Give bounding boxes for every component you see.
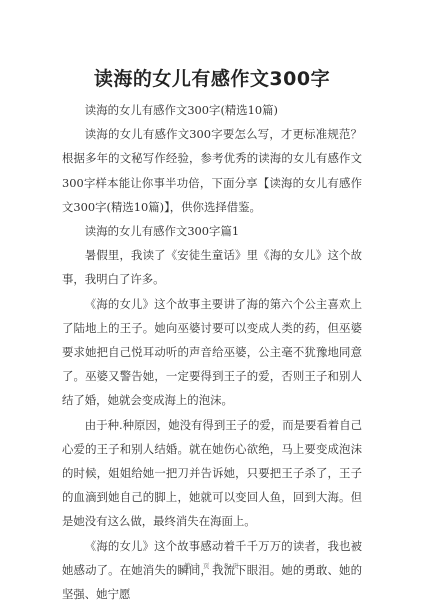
body-paragraph: 暑假里，我读了《安徒生童话》里《海的女儿》这个故事，我明白了许多。: [62, 243, 362, 291]
section-heading: 读海的女儿有感作文300字篇1: [62, 219, 362, 243]
body-paragraph: 《海的女儿》这个故事主要讲了海的第六个公主喜欢上了陆地上的王子。她向巫婆讨要可以…: [62, 292, 362, 413]
document-page: 读海的女儿有感作文300字 读海的女儿有感作文300字(精选10篇) 读海的女儿…: [0, 0, 424, 600]
body-paragraph: 由于种.种原因，她没有得到王子的爱，而是要看着自己心爱的王子和别人结婚。就在她伤…: [62, 413, 362, 534]
page-number-footer: 第 1 页 共 8 页: [0, 561, 424, 570]
document-title: 读海的女儿有感作文300字: [0, 64, 424, 91]
intro-paragraph: 读海的女儿有感作文300字要怎么写，才更标准规范？根据多年的文秘写作经验，参考优…: [62, 122, 362, 219]
document-body: 读海的女儿有感作文300字(精选10篇) 读海的女儿有感作文300字要怎么写，才…: [62, 98, 362, 600]
subtitle-paragraph: 读海的女儿有感作文300字(精选10篇): [62, 98, 362, 122]
